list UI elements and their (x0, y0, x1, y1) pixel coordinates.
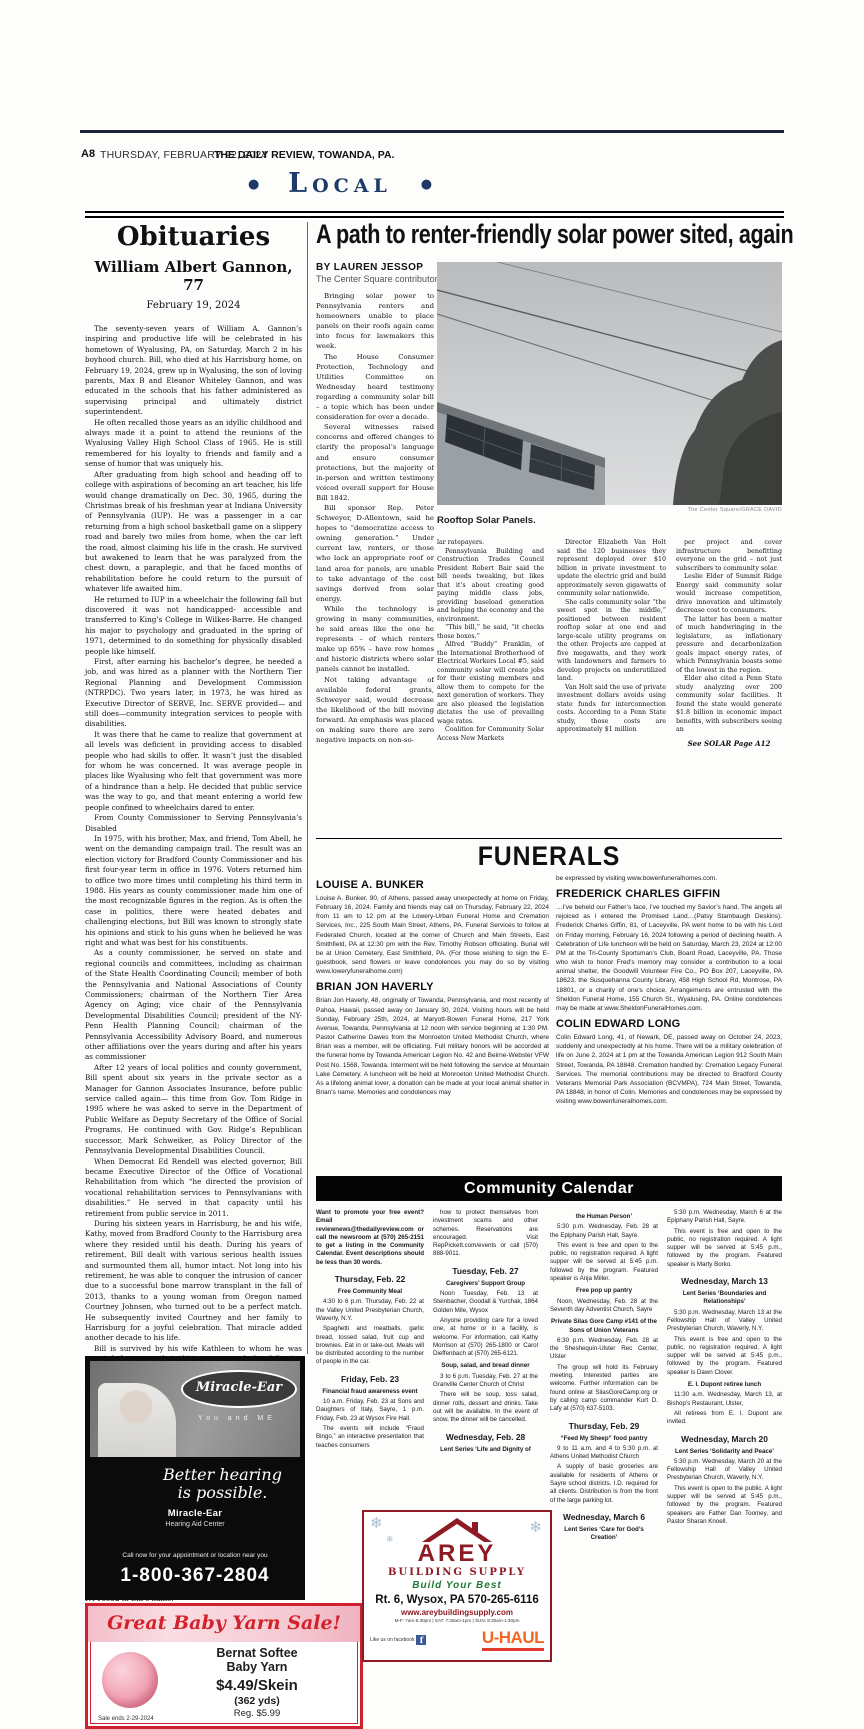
miracle-ear-ad: Miracle-Ear You and ME Better hearing is… (85, 1356, 305, 1600)
calendar-day: Wednesday, March 13 (667, 1276, 782, 1286)
bullet-icon: ● (421, 177, 432, 192)
yarn-regular-price: Reg. $5.99 (166, 1708, 348, 1719)
calendar-text: Noon Tuesday, Feb. 13 at Steinbacher, Go… (433, 1290, 538, 1315)
article-paragraph: She calls community solar “the sweet spo… (557, 599, 666, 684)
funeral-entry-text: Louise A. Bunker, 90, of Athens, passed … (316, 894, 549, 976)
article-paragraph: Elder also cited a Penn State study anal… (676, 675, 782, 735)
yarn-price: $4.49/Skein (166, 1677, 348, 1694)
newspaper-page: { "page": { "edition": "A8", "date": "TH… (0, 0, 864, 1728)
article-paragraph: Alfred “Buddy” Franklin, of the Internat… (437, 641, 544, 726)
calendar-text: 9 to 11 a.m. and 4 to 5:30 p.m. at Athen… (550, 1445, 658, 1462)
funeral-entry-text: Colin Edward Long, 41, of Newark, DE, pa… (556, 1033, 782, 1106)
calendar-text: Spaghetti and meatballs, garlic bread, t… (316, 1325, 424, 1366)
calendar-event: “Feed My Sheep” food pantry (550, 1435, 658, 1443)
yarn-ad-headline: Great Baby Yarn Sale! (88, 1606, 360, 1642)
calendar-text: This event is free and open to the publi… (667, 1336, 782, 1377)
article-column-4: per project and cover infrastructure ben… (676, 539, 782, 837)
facebook-text: Like us on facebook (370, 1637, 414, 1643)
article-paragraph: Bill sponsor Rep. Peter Schweyer, D-Alle… (316, 503, 434, 604)
snowflake-icon: ❄ (370, 1514, 383, 1532)
yarn-brand-line1: Bernat Softee (166, 1646, 348, 1660)
calendar-event: Free Community Meal (316, 1288, 424, 1296)
calendar-text: This event is open to the public. A ligh… (667, 1485, 782, 1526)
article-paragraph: Pennsylvania Building and Construction T… (437, 548, 544, 625)
funeral-entry-name: FREDERICK CHARLES GIFFIN (556, 888, 782, 901)
arey-hours: M-F: 7am-5:30pm | SAT: 7:30am-1pm | SUN:… (364, 1618, 550, 1624)
column-rule (307, 222, 308, 1354)
article-paragraph: Coalition for Community Solar Access New… (437, 726, 544, 743)
calendar-text: This event is free and open to the publi… (550, 1242, 658, 1283)
obituary-date: February 19, 2024 (85, 300, 302, 312)
obituary-paragraph: It was there that he came to realize tha… (85, 730, 302, 813)
article-column-2: lar ratepayers.Pennsylvania Building and… (437, 539, 544, 837)
miracle-ear-logo: Miracle-Ear (181, 1370, 297, 1408)
miracle-ear-subname: Hearing Aid Center (85, 1520, 305, 1529)
miracle-ear-call-text: Call now for your appointment or locatio… (85, 1552, 305, 1560)
calendar-day: Thursday, Feb. 29 (550, 1421, 658, 1431)
calendar-event: the Human Person’ (550, 1213, 658, 1221)
article-paragraph: The latter has been a matter of much han… (676, 616, 782, 676)
funeral-entry-text: Brian Jon Haverly, 48, originally of Tow… (316, 996, 549, 1097)
article-paragraph: The House Consumer Protection, Technolog… (316, 352, 434, 423)
arey-name: AREY (364, 1542, 550, 1566)
article-column-4-text: per project and cover infrastructure ben… (676, 539, 782, 735)
obituary-paragraph: He often recalled those years as an idyl… (85, 418, 302, 470)
calendar-text: A supply of basic groceries are availabl… (550, 1463, 658, 1504)
calendar-event: Private Silas Gore Camp #141 of the Sons… (550, 1318, 658, 1335)
photo-caption: Rooftop Solar Panels. (437, 515, 536, 527)
snowflake-icon: ❄ (529, 1518, 542, 1536)
article-column-1: Bringing solar power to Pennsylvania ren… (316, 291, 434, 837)
arey-bottom-row: Like us on facebook f U-HAUL (370, 1626, 544, 1654)
calendar-text: All retirees from E. I. Dupont are invit… (667, 1410, 782, 1427)
rooftop-solar-photo (437, 262, 782, 505)
obituary-paragraph: During his sixteen years in Harrisburg, … (85, 1219, 302, 1344)
facebook-icon: f (416, 1635, 426, 1645)
calendar-intro: Want to promote your free event? Email r… (316, 1209, 424, 1267)
funerals-continuation: be expressed by visiting www.bowenfunera… (556, 874, 782, 883)
calendar-column-2: how to protect themselves from investmen… (433, 1209, 538, 1505)
roof-logo-icon (422, 1516, 492, 1542)
calendar-text: 5:30 p.m. Wednesday, March 20 at the Fel… (667, 1458, 782, 1483)
calendar-text: This event is free and open to the publi… (667, 1228, 782, 1269)
obituaries-heading: Obituaries (85, 222, 302, 252)
calendar-event: Soup, salad, and bread dinner (433, 1362, 538, 1370)
calendar-event: Lent Series ‘Solidarity and Peace’ (667, 1448, 782, 1456)
arey-address-phone: Rt. 6, Wysox, PA 570-265-6116 (364, 1594, 550, 1607)
obituary-paragraph: After graduating from high school and he… (85, 470, 302, 595)
masthead-rule (80, 130, 784, 133)
article-byline-org: The Center Square contributor (316, 274, 438, 285)
calendar-text: Anyone providing care for a loved one, a… (433, 1317, 538, 1358)
article-paragraph: Bringing solar power to Pennsylvania ren… (316, 291, 434, 352)
calendar-text: The events will include “Fraud Bingo,” a… (316, 1425, 424, 1450)
funerals-column-right: be expressed by visiting www.bowenfunera… (556, 874, 782, 1176)
photo-credit: The Center Square/GRACE DAVID (437, 507, 782, 514)
funeral-entry-name: BRIAN JON HAVERLY (316, 981, 549, 994)
article-paragraph: lar ratepayers. (437, 539, 544, 548)
calendar-day: Tuesday, Feb. 27 (433, 1266, 538, 1276)
obituary-paragraph: When Democrat Ed Rendell was elected gov… (85, 1157, 302, 1219)
funerals-column-left: LOUISE A. BUNKERLouise A. Bunker, 90, of… (316, 874, 549, 1176)
article-paragraph: Van Holt said the use of private investm… (557, 684, 666, 735)
article-byline: BY LAUREN JESSOP (316, 262, 423, 274)
arey-slogan: Build Your Best (364, 1580, 550, 1591)
article-paragraph: Not taking advantage of available federa… (316, 675, 434, 746)
calendar-text: 5:30 p.m. Wednesday, March 6 at the Epip… (667, 1209, 782, 1226)
calendar-event: Lent Series ‘Boundaries and Relationship… (667, 1290, 782, 1307)
slogan-line1: Better hearing (163, 1465, 282, 1484)
article-paragraph: Director Elizabeth Van Holt said the 120… (557, 539, 666, 599)
miracle-ear-tagline: You and ME (181, 1414, 293, 1423)
yarn-sale-ends: Sale ends 2-29-2024 (98, 1716, 154, 1723)
calendar-day: Friday, Feb. 23 (316, 1374, 424, 1384)
funeral-entry-text: …I’ve beheld our Father’s face, I’ve tou… (556, 903, 782, 1013)
obituary-paragraph: After 12 years of local politics and cou… (85, 1063, 302, 1157)
bullet-icon: ● (248, 177, 259, 192)
miracle-ear-slogan: Better hearing is possible. (145, 1466, 300, 1502)
section-banner: ● Local ● (180, 168, 500, 199)
continuation-line: See SOLAR Page A12 (676, 739, 782, 749)
miracle-ear-name: Miracle-Ear (85, 1508, 305, 1519)
calendar-text: 5:30 p.m. Wednesday, Feb. 28 at the Epip… (550, 1223, 658, 1240)
obituary-paragraph: From County Commissioner to Serving Penn… (85, 813, 302, 834)
miracle-ear-phone: 1-800-367-2804 (85, 1564, 305, 1588)
funeral-entry-name: LOUISE A. BUNKER (316, 879, 549, 892)
calendar-text: 3 to 6 p.m. Tuesday, Feb. 27 at the Gran… (433, 1373, 538, 1390)
funerals-right-entries: FREDERICK CHARLES GIFFIN…I’ve beheld our… (556, 888, 782, 1106)
calendar-day: Wednesday, March 6 (550, 1512, 658, 1522)
calendar-text: 6:30 p.m. Wednesday, Feb. 28 at the Shes… (550, 1337, 658, 1362)
calendar-banner: Community Calendar (316, 1176, 782, 1201)
masthead-publication: THE DAILY REVIEW, TOWANDA, PA. (214, 149, 394, 162)
article-paragraph: Several witnesses raised concerns and of… (316, 422, 434, 503)
article-paragraph: Leslie Elder of Summit Ridge Energy said… (676, 573, 782, 616)
calendar-text: Noon, Wednesday, Feb. 28 at the Seventh … (550, 1298, 658, 1315)
calendar-column-4: 5:30 p.m. Wednesday, March 6 at the Epip… (667, 1209, 782, 1661)
article-paragraph: per project and cover infrastructure ben… (676, 539, 782, 573)
man-portrait (98, 1383, 176, 1457)
arey-subname: BUILDING SUPPLY (364, 1567, 550, 1578)
calendar-event: Financial fraud awareness event (316, 1388, 424, 1396)
article-paragraph: “This bill,” he said, “it checks those b… (437, 624, 544, 641)
photo-illustration (437, 262, 782, 505)
calendar-day: Wednesday, March 20 (667, 1434, 782, 1444)
calendar-text: There will be soup, toss salad, dinner r… (433, 1391, 538, 1424)
calendar-event: Lent Series ‘Care for God’s Creation’ (550, 1526, 658, 1543)
article-paragraph: While the technology is growing in many … (316, 604, 434, 675)
calendar-text: 5:30 p.m. Wednesday, March 13 at the Fel… (667, 1309, 782, 1334)
article-headline: A path to renter-friendly solar power si… (316, 218, 782, 250)
funeral-entry-name: COLIN EDWARD LONG (556, 1018, 782, 1031)
calendar-event: E. I. Dupont retiree lunch (667, 1381, 782, 1389)
article-column-3: Director Elizabeth Van Holt said the 120… (557, 539, 666, 837)
calendar-event: Free pop up pantry (550, 1287, 658, 1295)
baby-yarn-ad: Great Baby Yarn Sale! Bernat Softee Baby… (85, 1603, 363, 1729)
calendar-event: Caregivers’ Support Group (433, 1280, 538, 1288)
calendar-text: 11:30 a.m. Wednesday, March 13, at Bisho… (667, 1391, 782, 1408)
yarn-ball-image (102, 1652, 158, 1708)
obituary-paragraph: He returned to IUP in a wheelchair the f… (85, 595, 302, 657)
obituary-paragraph: As a county commissioner, he served on s… (85, 948, 302, 1062)
funerals-rule (316, 838, 782, 839)
yarn-ad-copy: Bernat Softee Baby Yarn $4.49/Skein (362… (166, 1646, 348, 1719)
uhaul-logo: U-HAUL (482, 1629, 544, 1651)
calendar-text: how to protect themselves from investmen… (433, 1209, 538, 1259)
obituary-paragraph: First, after earning his bachelor’s degr… (85, 657, 302, 730)
yarn-brand-line2: Baby Yarn (166, 1660, 348, 1674)
funerals-heading: FUNERALS (335, 841, 764, 871)
arey-url: www.areybuildingsupply.com (364, 1608, 550, 1617)
calendar-column-3: the Human Person’5:30 p.m. Wednesday, Fe… (550, 1209, 658, 1661)
obituary-name: William Albert Gannon, 77 (85, 258, 302, 294)
section-title: Local (288, 168, 392, 199)
slogan-line2: is possible. (178, 1483, 268, 1502)
yarn-yardage: (362 yds) (166, 1695, 348, 1707)
page-number: A8 (81, 148, 95, 161)
obituary-paragraph: In 1975, with his brother, Max, and frie… (85, 834, 302, 948)
facebook-chip: Like us on facebook f (370, 1635, 426, 1645)
obituary-paragraph: The seventy-seven years of William A. Ga… (85, 324, 302, 418)
calendar-text: The group will hold its February meeting… (550, 1364, 658, 1414)
calendar-text: 10 a.m. Friday, Feb. 23 at Sons and Daug… (316, 1398, 424, 1423)
calendar-day: Thursday, Feb. 22 (316, 1274, 424, 1284)
section-divider (85, 211, 784, 218)
calendar-text: 4:30 to 6 p.m. Thursday, Feb. 22 at the … (316, 1298, 424, 1323)
arey-ad: ❄ ❄ ❄ AREY BUILDING SUPPLY Build Your Be… (362, 1510, 552, 1662)
calendar-event: Lent Series ‘Life and Dignity of (433, 1446, 538, 1454)
calendar-day: Wednesday, Feb. 28 (433, 1432, 538, 1442)
